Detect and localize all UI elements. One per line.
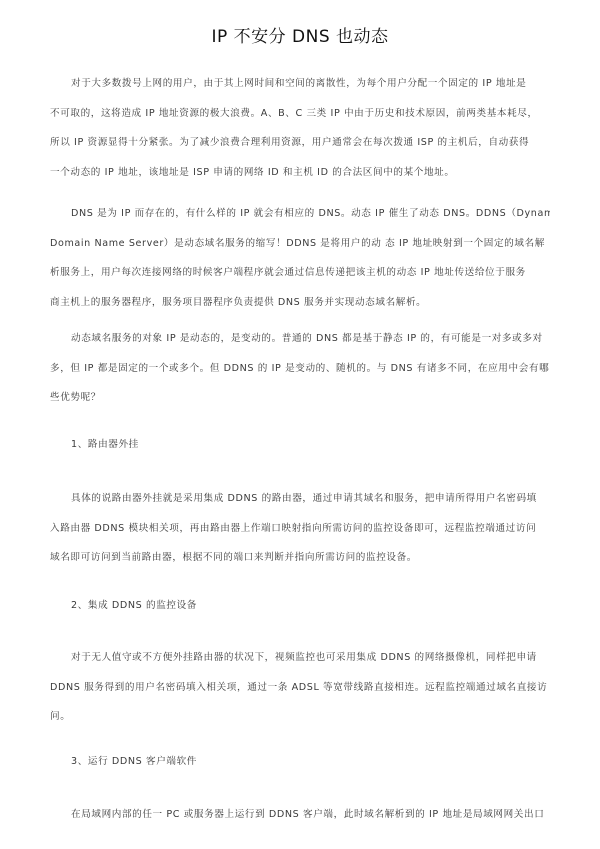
paragraph-client: 在局域网内部的任一 PC 或服务器上运行到 DDNS 客户端，此时域名解析到的 … <box>50 800 550 830</box>
paragraph-router: 具体的说路由器外挂就是采用集成 DDNS 的路由器，通过申请其域名和服务，把申请… <box>50 484 550 573</box>
section-heading-3: 3、运行 DDNS 客户端软件 <box>71 753 197 767</box>
paragraph-dns: DNS 是为 IP 而存在的，有什么样的 IP 就会有相应的 DNS。动态 IP… <box>50 199 550 317</box>
paragraph-intro: 对于大多数拨号上网的用户，由于其上网时间和空间的离散性，为每个用户分配一个固定的… <box>50 69 550 187</box>
document-title: IP 不安分 DNS 也动态 <box>0 22 600 47</box>
paragraph-camera: 对于无人值守或不方便外挂路由器的状况下，视频监控也可采用集成 DDNS 的网络摄… <box>50 643 550 732</box>
text-line: 对于无人值守或不方便外挂路由器的状况下，视频监控也可采用集成 DDNS 的网络摄… <box>50 643 550 673</box>
text-line: 商主机上的服务器程序，服务项目器程序负责提供 DNS 服务并实现动态域名解析。 <box>50 288 550 318</box>
text-line: 一个动态的 IP 地址，该地址是 ISP 申请的网络 ID 和主机 ID 的合法… <box>50 158 550 188</box>
text-line: 问。 <box>50 702 550 732</box>
text-line: 在局域网内部的任一 PC 或服务器上运行到 DDNS 客户端，此时域名解析到的 … <box>50 800 550 830</box>
text-line: 些优势呢？ <box>50 383 550 413</box>
text-line: 对于大多数拨号上网的用户，由于其上网时间和空间的离散性，为每个用户分配一个固定的… <box>50 69 550 99</box>
text-line: 多，但 IP 都是固定的一个或多个。但 DDNS 的 IP 是变动的、随机的。与… <box>50 354 550 384</box>
text-line: 入路由器 DDNS 模块相关项，再由路由器上作端口映射指向所需访问的监控设备即可… <box>50 514 550 544</box>
text-line: Domain Name Server）是动态域名服务的缩写！DDNS 是将用户的… <box>50 229 550 259</box>
text-line: 动态域名服务的对象 IP 是动态的，是变动的。普通的 DNS 都是基于静态 IP… <box>50 324 550 354</box>
section-heading-2: 2、集成 DDNS 的监控设备 <box>71 597 197 611</box>
paragraph-ddns: 动态域名服务的对象 IP 是动态的，是变动的。普通的 DNS 都是基于静态 IP… <box>50 324 550 413</box>
text-line: 具体的说路由器外挂就是采用集成 DDNS 的路由器，通过申请其域名和服务，把申请… <box>50 484 550 514</box>
text-line: 不可取的，这将造成 IP 地址资源的极大浪费。A、B、C 三类 IP 中由于历史… <box>50 99 550 129</box>
text-line: DDNS 服务得到的用户名密码填入相关项，通过一条 ADSL 等宽带线路直接相连… <box>50 673 550 703</box>
text-line: 析服务上，用户每次连接网络的时候客户端程序就会通过信息传递把该主机的动态 IP … <box>50 258 550 288</box>
text-line: 所以 IP 资源显得十分紧张。为了减少浪费合理利用资源，用户通常会在每次拨通 I… <box>50 128 550 158</box>
text-line: DNS 是为 IP 而存在的，有什么样的 IP 就会有相应的 DNS。动态 IP… <box>50 199 550 229</box>
section-heading-1: 1、路由器外挂 <box>71 436 139 450</box>
text-line: 域名即可访问到当前路由器，根据不同的端口来判断并指向所需访问的监控设备。 <box>50 543 550 573</box>
